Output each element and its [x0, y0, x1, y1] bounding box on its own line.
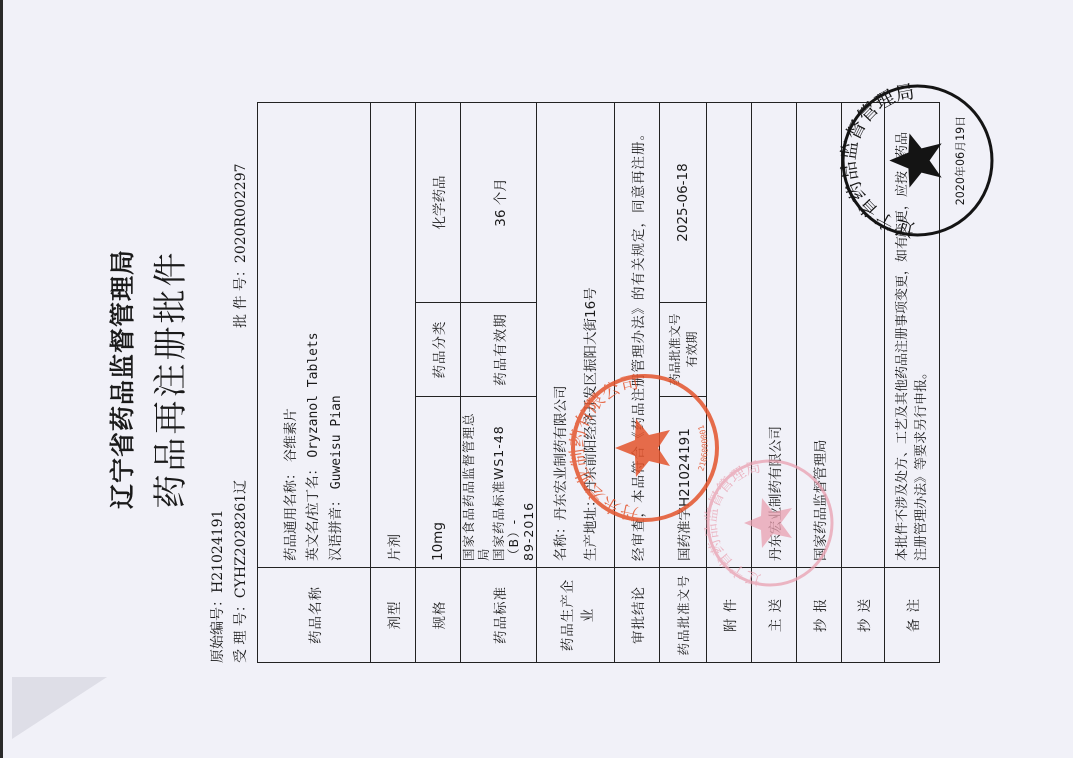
attachment-value: [707, 103, 752, 568]
standard-value: 国家食品药品监督管理总局 国家药品标准WS1-48（B）- 89-2016: [461, 397, 537, 568]
original-number-value: H21024191: [210, 510, 226, 593]
shelf-life-label: 药品有效期: [461, 303, 537, 397]
remarks-line-2: 注册管理办法》等要求另行申报。: [912, 109, 931, 561]
document-title: 药品再注册批件: [143, 0, 192, 758]
approval-number-label: 批 件 号：: [233, 263, 249, 328]
spec-value: 10mg: [416, 397, 461, 568]
approval-validity-value: 2025-06-18: [660, 103, 707, 303]
manufacturer-name-value: 丹东宏业制药有限公司: [553, 386, 569, 521]
drug-name-label: 药品名称: [258, 568, 371, 663]
remarks-label: 备 注: [885, 568, 940, 663]
standard-line-3: 89-2016: [521, 403, 536, 561]
table-row-standard: 药品标准 国家食品药品监督管理总局 国家药品标准WS1-48（B）- 89-20…: [461, 103, 537, 663]
category-label: 药品分类: [416, 303, 461, 397]
table-row-attachment: 附 件: [707, 103, 752, 663]
table-row-approval-number: 药品批准文号 国药准字H21024191 药品批准文号有效期 2025-06-1…: [660, 103, 707, 663]
manufacturer-address-value: 丹东前阳经济开发区振阳大街16号: [583, 287, 599, 493]
manufacturer-name-label: 名称：: [553, 521, 569, 562]
remarks-line-1: 本批件不涉及处方、工艺及其他药品注册事项变更，如有变更，应按《药品: [893, 109, 912, 561]
issuing-agency: 辽宁省药品监督管理局: [103, 0, 139, 758]
acceptance-number-value: CYHZ2028261辽: [233, 480, 249, 598]
english-name-label: 英文名/拉丁名：: [305, 462, 321, 561]
report-to-value: 国家药品监督管理局: [797, 103, 842, 568]
approval-validity-label: 药品批准文号有效期: [660, 303, 707, 397]
table-row-drug-name: 药品名称 药品通用名称： 谷维素片 英文名/拉丁名： Oryzanol Tabl…: [258, 103, 371, 663]
standard-line-2: 国家药品标准WS1-48（B）-: [491, 403, 521, 561]
table-row-copy-to: 抄 送: [842, 103, 885, 663]
manufacturer-cell: 名称：丹东宏业制药有限公司 生产地址：丹东前阳经济开发区振阳大街16号: [537, 103, 615, 568]
spec-label: 规格: [416, 568, 461, 663]
copy-to-value: [842, 103, 885, 568]
generic-name-value: 谷维素片: [283, 408, 299, 462]
original-number: 原始编号：H21024191: [207, 510, 227, 663]
table-row-dosage-form: 剂型 片剂: [371, 103, 416, 663]
remarks-value: 本批件不涉及处方、工艺及其他药品注册事项变更，如有变更，应按《药品 注册管理办法…: [885, 103, 940, 568]
table-row-spec: 规格 10mg 药品分类 化学药品: [416, 103, 461, 663]
english-name-value: Oryzanol Tablets: [306, 332, 321, 457]
table-row-conclusion: 审批结论 经审查，本品符合《药品注册管理办法》的有关规定，同意再注册。: [615, 103, 660, 663]
original-number-label: 原始编号：: [210, 593, 226, 663]
drug-name-cell: 药品通用名称： 谷维素片 英文名/拉丁名： Oryzanol Tablets 汉…: [258, 103, 371, 568]
conclusion-label: 审批结论: [615, 568, 660, 663]
shelf-life-value: 36 个月: [461, 103, 537, 303]
dosage-form-label: 剂型: [371, 568, 416, 663]
approval-number: 批 件 号：2020R002297: [230, 163, 250, 328]
approval-number-value: 国药准字H21024191: [660, 397, 707, 568]
standard-label: 药品标准: [461, 568, 537, 663]
category-value: 化学药品: [416, 103, 461, 303]
acceptance-number: 受 理 号：CYHZ2028261辽: [230, 480, 250, 663]
table-row-manufacturer: 药品生产企业 名称：丹东宏业制药有限公司 生产地址：丹东前阳经济开发区振阳大街1…: [537, 103, 615, 663]
attachment-label: 附 件: [707, 568, 752, 663]
manufacturer-label: 药品生产企业: [537, 568, 615, 663]
approval-number-label: 药品批准文号: [660, 568, 707, 663]
pinyin-label: 汉语拼音：: [328, 494, 344, 562]
conclusion-value: 经审查，本品符合《药品注册管理办法》的有关规定，同意再注册。: [615, 103, 660, 568]
document-page: 辽宁省药品监督管理局 药品再注册批件 原始编号：H21024191 受 理 号：…: [0, 0, 1073, 758]
svg-text:2020年06月19日: 2020年06月19日: [953, 116, 967, 206]
generic-name-label: 药品通用名称：: [283, 467, 299, 562]
dosage-form-value: 片剂: [371, 103, 416, 568]
report-to-label: 抄 报: [797, 568, 842, 663]
standard-line-1: 国家食品药品监督管理总局: [461, 403, 491, 561]
main-recipient-value: 丹东宏业制药有限公司: [752, 103, 797, 568]
table-row-remarks: 备 注 本批件不涉及处方、工艺及其他药品注册事项变更，如有变更，应按《药品 注册…: [885, 103, 940, 663]
manufacturer-address-label: 生产地址：: [583, 494, 599, 562]
registration-table: 药品名称 药品通用名称： 谷维素片 英文名/拉丁名： Oryzanol Tabl…: [257, 102, 940, 663]
acceptance-number-label: 受 理 号：: [233, 598, 249, 663]
main-recipient-label: 主 送: [752, 568, 797, 663]
approval-number-value: 2020R002297: [233, 163, 249, 263]
pinyin-value: Guweisu Pian: [329, 395, 344, 489]
table-row-report-to: 抄 报 国家药品监督管理局: [797, 103, 842, 663]
table-row-main-recipient: 主 送 丹东宏业制药有限公司: [752, 103, 797, 663]
copy-to-label: 抄 送: [842, 568, 885, 663]
